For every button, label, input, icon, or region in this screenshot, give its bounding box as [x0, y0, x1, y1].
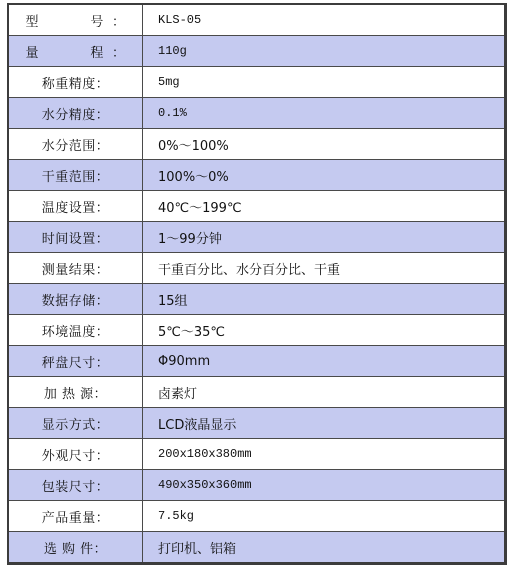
spec-row-moisture-range: 水分范围： 0%～100%: [8, 129, 506, 160]
label-pan-size: 秤盘尺寸：: [8, 346, 143, 377]
label-optional-accessories: 选 购 件：: [8, 532, 143, 564]
label-moisture-precision: 水分精度：: [8, 98, 143, 129]
spec-row-temperature-setting: 温度设置： 40℃～199℃: [8, 191, 506, 222]
value-heat-source: 卤素灯: [143, 377, 506, 408]
value-model: KLS-05: [143, 4, 506, 36]
label-exterior-dimensions: 外观尺寸：: [8, 439, 143, 470]
value-dry-weight-range: 100%～0%: [143, 160, 506, 191]
value-pan-size: Φ90mm: [143, 346, 506, 377]
spec-row-optional-accessories: 选 购 件： 打印机、铝箱: [8, 532, 506, 564]
value-exterior-dimensions: 200x180x380mm: [143, 439, 506, 470]
label-temperature-setting: 温度设置：: [8, 191, 143, 222]
spec-row-time-setting: 时间设置： 1～99分钟: [8, 222, 506, 253]
value-data-storage: 15组: [143, 284, 506, 315]
value-display-mode: LCD液晶显示: [143, 408, 506, 439]
spec-row-ambient-temperature: 环境温度： 5℃～35℃: [8, 315, 506, 346]
value-temperature-setting: 40℃～199℃: [143, 191, 506, 222]
value-optional-accessories: 打印机、铝箱: [143, 532, 506, 564]
label-dry-weight-range: 干重范围：: [8, 160, 143, 191]
value-package-dimensions: 490x350x360mm: [143, 470, 506, 501]
value-weighing-precision: 5mg: [143, 67, 506, 98]
spec-row-heat-source: 加 热 源： 卤素灯: [8, 377, 506, 408]
label-data-storage: 数据存储：: [8, 284, 143, 315]
label-measurement-result: 测量结果：: [8, 253, 143, 284]
label-capacity: 量 程：: [8, 36, 143, 67]
label-moisture-range: 水分范围：: [8, 129, 143, 160]
label-time-setting: 时间设置：: [8, 222, 143, 253]
spec-table: 型 号： KLS-05 量 程： 110g 称重精度： 5mg 水分精度： 0.…: [7, 3, 507, 565]
value-product-weight: 7.5kg: [143, 501, 506, 532]
label-model: 型 号：: [8, 4, 143, 36]
label-weighing-precision: 称重精度：: [8, 67, 143, 98]
spec-row-display-mode: 显示方式： LCD液晶显示: [8, 408, 506, 439]
spec-row-exterior-dimensions: 外观尺寸： 200x180x380mm: [8, 439, 506, 470]
value-moisture-precision: 0.1%: [143, 98, 506, 129]
spec-row-moisture-precision: 水分精度： 0.1%: [8, 98, 506, 129]
label-ambient-temperature: 环境温度：: [8, 315, 143, 346]
label-heat-source: 加 热 源：: [8, 377, 143, 408]
value-measurement-result: 干重百分比、水分百分比、干重: [143, 253, 506, 284]
label-package-dimensions: 包装尺寸：: [8, 470, 143, 501]
spec-row-product-weight: 产品重量： 7.5kg: [8, 501, 506, 532]
spec-row-data-storage: 数据存储： 15组: [8, 284, 506, 315]
value-moisture-range: 0%～100%: [143, 129, 506, 160]
spec-row-dry-weight-range: 干重范围： 100%～0%: [8, 160, 506, 191]
label-display-mode: 显示方式：: [8, 408, 143, 439]
spec-row-capacity: 量 程： 110g: [8, 36, 506, 67]
spec-row-weighing-precision: 称重精度： 5mg: [8, 67, 506, 98]
spec-row-pan-size: 秤盘尺寸： Φ90mm: [8, 346, 506, 377]
value-capacity: 110g: [143, 36, 506, 67]
spec-row-package-dimensions: 包装尺寸： 490x350x360mm: [8, 470, 506, 501]
value-time-setting: 1～99分钟: [143, 222, 506, 253]
spec-row-measurement-result: 测量结果： 干重百分比、水分百分比、干重: [8, 253, 506, 284]
value-ambient-temperature: 5℃～35℃: [143, 315, 506, 346]
label-product-weight: 产品重量：: [8, 501, 143, 532]
spec-row-model: 型 号： KLS-05: [8, 4, 506, 36]
